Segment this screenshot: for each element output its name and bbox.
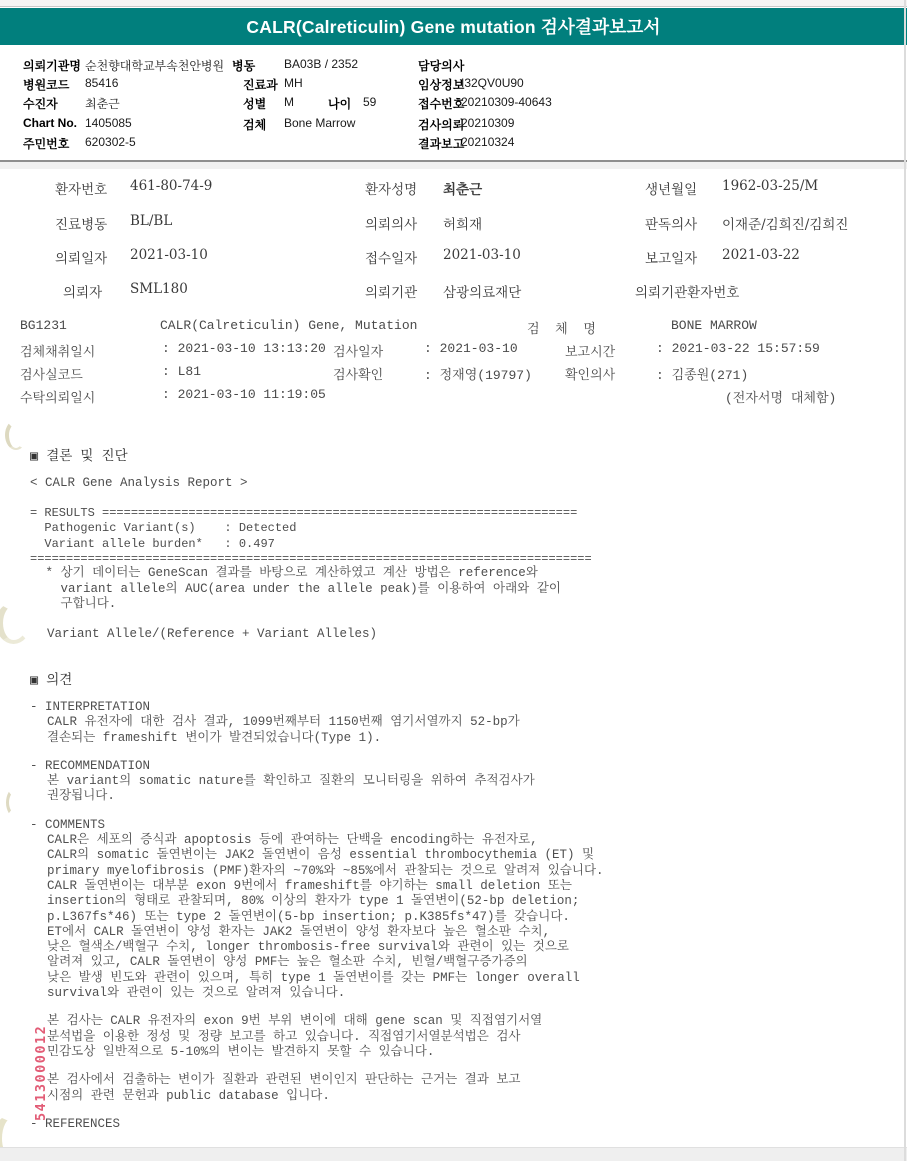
opinion-body: CALR은 세포의 증식과 apoptosis 등에 관여하는 단백을 enco… xyxy=(30,833,870,1001)
header-row-cell: 의뢰기관명 xyxy=(23,57,81,74)
specimen-number-vertical: 5413000012 xyxy=(33,985,49,1121)
patient-row-cell: 1962-03-25/M xyxy=(722,178,818,194)
patient-row-cell: 생년월일 xyxy=(645,178,697,198)
header-row-cell: M xyxy=(284,95,294,109)
test-row-cell: : 2021-03-10 11:19:05 xyxy=(162,387,326,402)
patient-row-cell: 진료병동 xyxy=(55,213,107,233)
header-row-cell: 나이 xyxy=(328,95,351,112)
header-row-cell: MH xyxy=(284,76,303,90)
header-row-cell: 59 xyxy=(363,95,376,109)
scan-artifact xyxy=(0,602,31,644)
test-row-cell: CALR(Calreticulin) Gene, Mutation xyxy=(160,318,417,333)
test-row-cell: 검 체 명 xyxy=(527,318,596,337)
results-block: = RESULTS ==============================… xyxy=(30,506,592,567)
opinion-section-title: ▣ 의견 xyxy=(30,668,72,689)
patient-row-cell: 환자성명 xyxy=(365,178,417,198)
patient-row-cell: 허희재 xyxy=(443,213,482,233)
patient-row-cell: 삼광의료재단 xyxy=(443,281,521,301)
page-right-edge xyxy=(904,0,906,1161)
opinion-block: - RECOMMENDATION본 variant의 somatic natur… xyxy=(30,759,870,805)
test-row-cell: 검체채취일시 xyxy=(20,341,95,360)
header-row-cell: 순천향대학교부속천안병원 xyxy=(85,57,224,74)
patient-row-cell: 접수일자 xyxy=(365,247,417,267)
header-row-cell: Chart No. xyxy=(23,116,77,130)
header-row-cell: 20210324 xyxy=(461,135,514,149)
patient-row-cell: 의뢰의사 xyxy=(365,213,417,233)
scan-artifact xyxy=(6,788,24,817)
patient-row-cell: 최춘근 xyxy=(443,178,482,198)
header-row-cell: BA03B / 2352 xyxy=(284,57,358,71)
test-row-cell: : 정재영(19797) xyxy=(424,364,532,383)
header-row-cell: 병동 xyxy=(232,57,255,74)
conclusion-section-title: ▣ 결론 및 진단 xyxy=(30,444,128,465)
header-row-cell: 620302-5 xyxy=(85,135,136,149)
header-row-cell: 병원코드 xyxy=(23,76,69,93)
patient-row-cell: 2021-03-10 xyxy=(443,247,521,263)
patient-row-cell: 의뢰일자 xyxy=(55,247,107,267)
page-top-edge xyxy=(0,0,907,7)
test-row-cell: 수탁의뢰일시 xyxy=(20,387,95,406)
opinion-body: 본 검사에서 검출하는 변이가 질환과 관련된 변이인지 판단하는 근거는 결과… xyxy=(30,1073,870,1104)
patient-row-cell: 2021-03-22 xyxy=(722,247,800,263)
header-row-cell: 85416 xyxy=(85,76,118,90)
patient-row-cell: 의뢰기관환자번호 xyxy=(635,281,739,301)
header-row-cell: 검사의뢰 xyxy=(418,116,464,133)
patient-row-cell: 환자번호 xyxy=(55,178,107,198)
header-divider-strip xyxy=(0,162,907,169)
opinion-block: - REFERENCES xyxy=(30,1117,870,1132)
opinion-body: 본 검사는 CALR 유전자의 exon 9번 부위 변이에 대해 gene s… xyxy=(30,1014,870,1060)
analysis-report-title: < CALR Gene Analysis Report > xyxy=(30,476,248,491)
patient-row-cell: 461-80-74-9 xyxy=(130,178,212,194)
opinion-body: 본 variant의 somatic nature를 확인하고 질환의 모니터링… xyxy=(30,774,870,805)
test-row-cell: 보고시간 xyxy=(565,341,615,360)
report-page: CALR(Calreticulin) Gene mutation 검사결과보고서… xyxy=(0,0,907,1161)
header-row-cell: 수진자 xyxy=(23,95,58,112)
test-row-cell: : 김종원(271) xyxy=(656,364,748,383)
header-row-cell: 최춘근 xyxy=(85,95,120,112)
header-row-cell: 주민번호 xyxy=(23,135,69,152)
header-row-cell: 접수번호 xyxy=(418,95,464,112)
opinion-heading: - RECOMMENDATION xyxy=(30,759,870,774)
results-note: * 상기 데이터는 GeneScan 결과를 바탕으로 계산하였고 계산 방법은… xyxy=(38,566,561,613)
scan-artifact xyxy=(5,420,27,450)
opinion-body: CALR 유전자에 대한 검사 결과, 1099번째부터 1150번째 염기서열… xyxy=(30,715,870,746)
patient-row-cell: SML180 xyxy=(130,281,188,297)
header-row-cell: 임상정보 xyxy=(418,76,464,93)
header-row-cell: Bone Marrow xyxy=(284,116,355,130)
header-row-cell: 담당의사 xyxy=(418,57,464,74)
header-row-cell: 1405085 xyxy=(85,116,132,130)
patient-row-cell: 의뢰기관 xyxy=(365,281,417,301)
header-row-cell: 20210309-40643 xyxy=(461,95,552,109)
opinion-block: 본 검사는 CALR 유전자의 exon 9번 부위 변이에 대해 gene s… xyxy=(30,1014,870,1060)
opinion-heading: - INTERPRETATION xyxy=(30,700,870,715)
patient-row-cell: BL/BL xyxy=(130,213,172,229)
header-row-cell: 검체 xyxy=(243,116,266,133)
report-title-bar: CALR(Calreticulin) Gene mutation 검사결과보고서 xyxy=(0,8,907,45)
header-row-cell: I32QV0U90 xyxy=(461,76,524,90)
opinion-heading: - REFERENCES xyxy=(30,1117,870,1132)
patient-row-cell: 2021-03-10 xyxy=(130,247,208,263)
header-row-cell: 결과보고 xyxy=(418,135,464,152)
test-row-cell: (전자서명 대체함) xyxy=(725,387,836,406)
header-row-cell: 성별 xyxy=(243,95,266,112)
patient-row-cell: 의뢰자 xyxy=(63,281,102,301)
opinion-block: - COMMENTSCALR은 세포의 증식과 apoptosis 등에 관여하… xyxy=(30,818,870,1002)
opinion-blocks: - INTERPRETATIONCALR 유전자에 대한 검사 결과, 1099… xyxy=(30,700,870,1145)
patient-row-cell: 이재준/김희진/김희진 xyxy=(722,213,848,233)
header-row-cell: 20210309 xyxy=(461,116,514,130)
patient-row-cell: 보고일자 xyxy=(645,247,697,267)
opinion-block: 본 검사에서 검출하는 변이가 질환과 관련된 변이인지 판단하는 근거는 결과… xyxy=(30,1073,870,1104)
header-row-cell: 진료과 xyxy=(243,76,278,93)
page-bottom-edge xyxy=(0,1147,907,1161)
vaf-formula: Variant Allele/(Reference + Variant Alle… xyxy=(47,627,377,642)
test-row-cell: : L81 xyxy=(162,364,201,379)
test-row-cell: 확인의사 xyxy=(565,364,615,383)
opinion-heading: - COMMENTS xyxy=(30,818,870,833)
test-row-cell: : 2021-03-10 13:13:20 xyxy=(162,341,326,356)
patient-row-cell: 판독의사 xyxy=(645,213,697,233)
opinion-block: - INTERPRETATIONCALR 유전자에 대한 검사 결과, 1099… xyxy=(30,700,870,746)
test-row-cell: BG1231 xyxy=(20,318,67,333)
report-title: CALR(Calreticulin) Gene mutation 검사결과보고서 xyxy=(246,14,660,39)
test-row-cell: 검사실코드 xyxy=(20,364,83,383)
test-row-cell: : 2021-03-10 xyxy=(424,341,518,356)
test-row-cell: : 2021-03-22 15:57:59 xyxy=(656,341,820,356)
test-row-cell: 검사일자 xyxy=(333,341,383,360)
test-row-cell: 검사확인 xyxy=(333,364,383,383)
test-row-cell: BONE MARROW xyxy=(671,318,757,333)
